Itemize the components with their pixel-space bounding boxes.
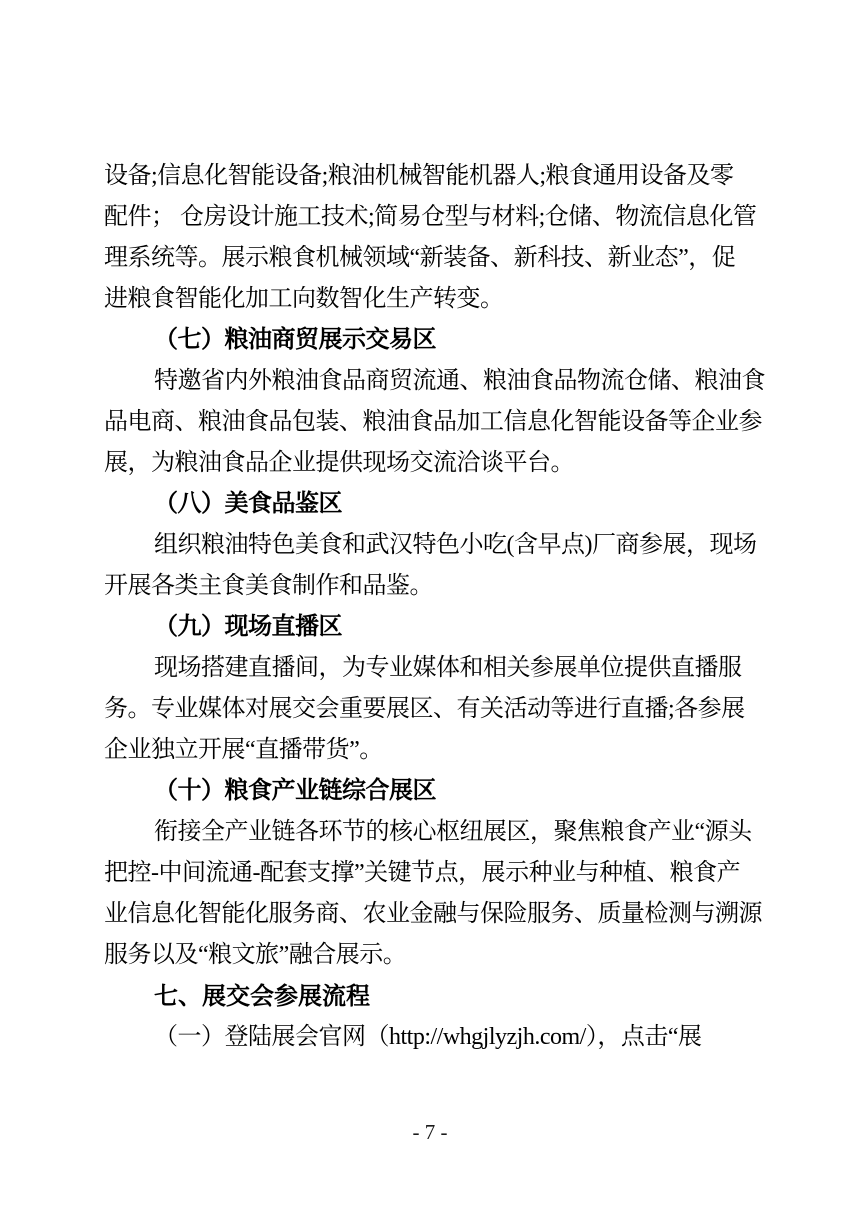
paragraph-line: 衔接全产业链各环节的核心枢纽展区，聚焦粮食产业“源头	[104, 812, 764, 853]
paragraph-line: （一）登陆展会官网（http://whgjlyzjh.com/），点击“展	[104, 1017, 764, 1058]
paragraph-line: 特邀省内外粮油食品商贸流通、粮油食品物流仓储、粮油食	[104, 361, 764, 402]
paragraph-line: 服务以及“粮文旅”融合展示。	[104, 935, 764, 976]
paragraph-line: 进粮食智能化加工向数智化生产转变。	[104, 279, 764, 320]
section-heading-8: （八）美食品鉴区	[104, 484, 764, 525]
section-heading-9: （九）现场直播区	[104, 607, 764, 648]
paragraph-line: 配件； 仓房设计施工技术;简易仓型与材料;仓储、物流信息化管	[104, 197, 764, 238]
paragraph-line: 现场搭建直播间，为专业媒体和相关参展单位提供直播服	[104, 648, 764, 689]
paragraph-line: 务。专业媒体对展交会重要展区、有关活动等进行直播;各参展	[104, 689, 764, 730]
paragraph-line: 设备;信息化智能设备;粮油机械智能机器人;粮食通用设备及零	[104, 156, 764, 197]
paragraph-line: 业信息化智能化服务商、农业金融与保险服务、质量检测与溯源	[104, 894, 764, 935]
section-heading-10: （十）粮食产业链综合展区	[104, 771, 764, 812]
paragraph-line: 品电商、粮油食品包装、粮油食品加工信息化智能设备等企业参	[104, 402, 764, 443]
page-number: - 7 -	[0, 1118, 860, 1146]
paragraph-line: 组织粮油特色美食和武汉特色小吃(含早点)厂商参展，现场	[104, 525, 764, 566]
paragraph-line: 企业独立开展“直播带货”。	[104, 730, 764, 771]
chapter-heading-7: 七、展交会参展流程	[104, 976, 764, 1017]
paragraph-line: 把控-中间流通-配套支撑”关键节点，展示种业与种植、粮食产	[104, 853, 764, 894]
section-heading-7: （七）粮油商贸展示交易区	[104, 320, 764, 361]
document-body: 设备;信息化智能设备;粮油机械智能机器人;粮食通用设备及零 配件； 仓房设计施工…	[104, 156, 764, 1058]
paragraph-line: 开展各类主食美食制作和品鉴。	[104, 566, 764, 607]
document-page: 设备;信息化智能设备;粮油机械智能机器人;粮食通用设备及零 配件； 仓房设计施工…	[0, 0, 860, 1216]
paragraph-line: 展，为粮油食品企业提供现场交流洽谈平台。	[104, 443, 764, 484]
paragraph-line: 理系统等。展示粮食机械领域“新装备、新科技、新业态”，促	[104, 238, 764, 279]
